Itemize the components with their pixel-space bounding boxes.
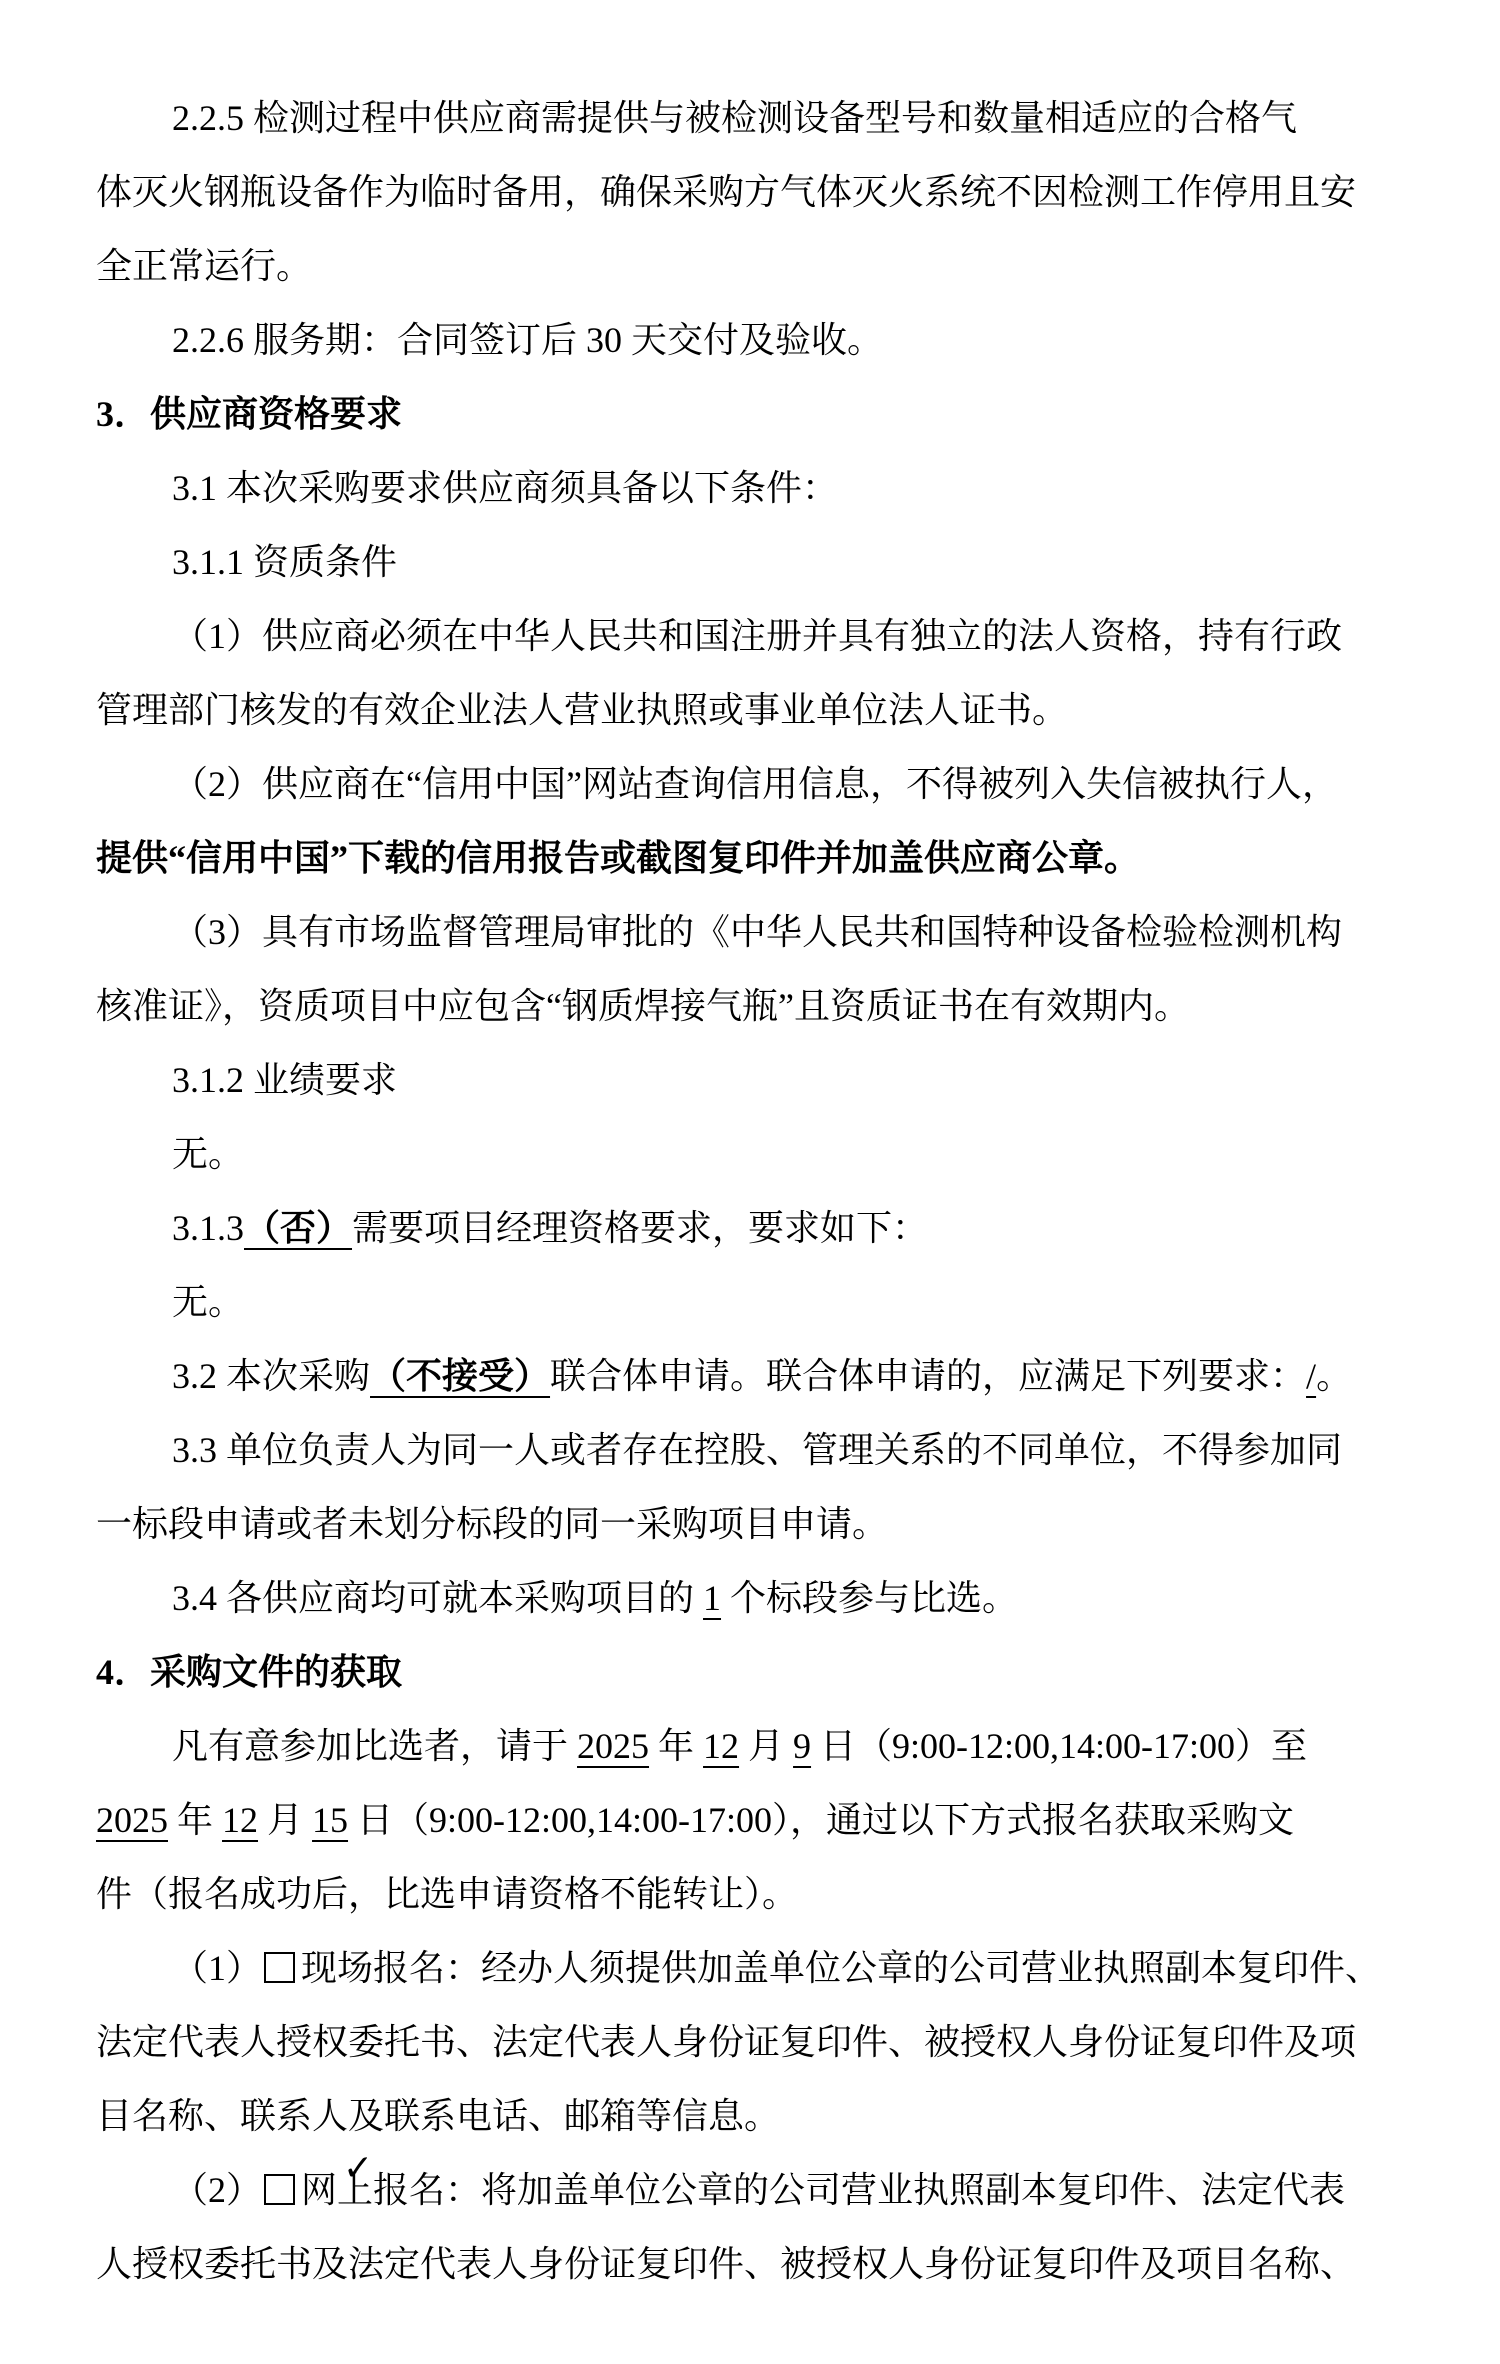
text-run: 管理部门核发的有效企业法人营业执照或事业单位法人证书。 [96,690,1068,730]
text-run: 核准证》，资质项目中应包含“钢质焊接气瓶”且资质证书在有效期内。 [96,986,1190,1026]
text-run: 无。 [172,1282,244,1322]
online-registration-checkbox [264,2174,295,2205]
text-run: 网上报名：将加盖单位公章的公司营业执照副本复印件、法定代表 [301,2170,1345,2210]
doc-line: 2025 年 12 月 15 日（9:00-12:00,14:00-17:00）… [96,1783,1420,1857]
doc-line: （2）网上报名：将加盖单位公章的公司营业执照副本复印件、法定代表 [96,2153,1420,2227]
text-run: 年 [168,1800,222,1840]
text-run: （1） [172,1948,262,1988]
doc-line: （1）供应商必须在中华人民共和国注册并具有独立的法人资格，持有行政 [96,599,1420,673]
doc-line: 3.3 单位负责人为同一人或者存在控股、管理关系的不同单位，不得参加同 [96,1413,1420,1487]
doc-line: 无。 [96,1117,1420,1191]
text-run: （不接受） [370,1356,550,1396]
doc-line: 核准证》，资质项目中应包含“钢质焊接气瓶”且资质证书在有效期内。 [96,969,1420,1043]
text-run: 日（9:00-12:00,14:00-17:00），通过以下方式报名获取采购文 [348,1800,1294,1840]
text-run: 12 [703,1726,739,1766]
doc-line: （3）具有市场监督管理局审批的《中华人民共和国特种设备检验检测机构 [96,895,1420,969]
text-run: 12 [222,1800,258,1840]
doc-line: 提供“信用中国”下载的信用报告或截图复印件并加盖供应商公章。 [96,821,1420,895]
doc-line: 3.1.2 业绩要求 [96,1043,1420,1117]
doc-line: 件（报名成功后，比选申请资格不能转让）。 [96,1857,1420,1931]
text-run: 全正常运行。 [96,246,312,286]
section-heading: 4．采购文件的获取 [96,1635,1420,1709]
doc-line: （1）现场报名：经办人须提供加盖单位公章的公司营业执照副本复印件、 [96,1931,1420,2005]
text-run: 3.2 本次采购 [172,1356,370,1396]
doc-line: 无。 [96,1265,1420,1339]
text-run: 个标段参与比选。 [721,1578,1018,1618]
text-run: 现场报名：经办人须提供加盖单位公章的公司营业执照副本复印件、 [301,1948,1381,1988]
text-run: 年 [649,1726,703,1766]
text-run: 需要项目经理资格要求，要求如下： [352,1208,928,1248]
doc-line: 3.1.3（否）需要项目经理资格要求，要求如下： [96,1191,1420,1265]
text-run: 件（报名成功后，比选申请资格不能转让）。 [96,1874,798,1914]
section-heading: 3．供应商资格要求 [96,377,1420,451]
doc-line: 3.2 本次采购（不接受）联合体申请。联合体申请的，应满足下列要求：/。 [96,1339,1420,1413]
text-run: 人授权委托书及法定代表人身份证复印件、被授权人身份证复印件及项目名称、 [96,2244,1356,2284]
doc-line: 3.1.1 资质条件 [96,525,1420,599]
onsite-registration-checkbox [264,1952,295,1983]
text-run: 3.1.3 [172,1208,244,1248]
text-run: 法定代表人授权委托书、法定代表人身份证复印件、被授权人身份证复印件及项 [96,2022,1356,2062]
text-run: 3.3 单位负责人为同一人或者存在控股、管理关系的不同单位，不得参加同 [172,1430,1342,1470]
text-run: 3.4 各供应商均可就本采购项目的 [172,1578,703,1618]
text-run: 目名称、联系人及联系电话、邮箱等信息。 [96,2096,780,2136]
text-run: （2）供应商在“信用中国”网站查询信用信息，不得被列入失信被执行人， [172,764,1338,804]
text-run: 2.2.6 服务期：合同签订后 30 天交付及验收。 [172,320,883,360]
text-run: 提供“信用中国”下载的信用报告或截图复印件并加盖供应商公章。 [96,838,1140,878]
text-run: 9 [793,1726,811,1766]
doc-line: 3.4 各供应商均可就本采购项目的 1 个标段参与比选。 [96,1561,1420,1635]
text-run: 15 [312,1800,348,1840]
text-run: 凡有意参加比选者，请于 [172,1726,577,1766]
text-run: 1 [703,1578,721,1618]
text-run: 体灭火钢瓶设备作为临时备用，确保采购方气体灭火系统不因检测工作停用且安 [96,172,1356,212]
text-run: 3．供应商资格要求 [96,394,402,434]
doc-line: 目名称、联系人及联系电话、邮箱等信息。 [96,2079,1420,2153]
text-run: （否） [244,1208,352,1248]
doc-line: 体灭火钢瓶设备作为临时备用，确保采购方气体灭火系统不因检测工作停用且安 [96,155,1420,229]
doc-line: 凡有意参加比选者，请于 2025 年 12 月 9 日（9:00-12:00,1… [96,1709,1420,1783]
document-page: 2.2.5 检测过程中供应商需提供与被检测设备型号和数量相适应的合格气体灭火钢瓶… [0,0,1500,2364]
doc-line: （2）供应商在“信用中国”网站查询信用信息，不得被列入失信被执行人， [96,747,1420,821]
doc-line: 一标段申请或者未划分标段的同一采购项目申请。 [96,1487,1420,1561]
doc-line: 3.1 本次采购要求供应商须具备以下条件： [96,451,1420,525]
doc-line: 2.2.6 服务期：合同签订后 30 天交付及验收。 [96,303,1420,377]
text-run: 。 [1316,1356,1352,1396]
text-run: 3.1.2 业绩要求 [172,1060,397,1100]
text-run: 3.1 本次采购要求供应商须具备以下条件： [172,468,838,508]
text-run: 3.1.1 资质条件 [172,542,397,582]
text-run: （3）具有市场监督管理局审批的《中华人民共和国特种设备检验检测机构 [172,912,1342,952]
text-run: 月 [739,1726,793,1766]
text-run: 无。 [172,1134,244,1174]
text-run: 一标段申请或者未划分标段的同一采购项目申请。 [96,1504,888,1544]
doc-line: 管理部门核发的有效企业法人营业执照或事业单位法人证书。 [96,673,1420,747]
text-run: 2.2.5 检测过程中供应商需提供与被检测设备型号和数量相适应的合格气 [172,98,1297,138]
text-run: （2） [172,2170,262,2210]
text-run: 联合体申请。联合体申请的，应满足下列要求： [550,1356,1306,1396]
doc-line: 法定代表人授权委托书、法定代表人身份证复印件、被授权人身份证复印件及项 [96,2005,1420,2079]
text-run: 2025 [96,1800,168,1840]
text-run: 月 [258,1800,312,1840]
text-run: 2025 [577,1726,649,1766]
text-run: 4．采购文件的获取 [96,1652,402,1692]
doc-line: 全正常运行。 [96,229,1420,303]
text-run: 日（9:00-12:00,14:00-17:00）至 [811,1726,1307,1766]
doc-line: 人授权委托书及法定代表人身份证复印件、被授权人身份证复印件及项目名称、 [96,2227,1420,2301]
text-run: / [1306,1356,1316,1396]
doc-line: 2.2.5 检测过程中供应商需提供与被检测设备型号和数量相适应的合格气 [96,81,1420,155]
text-run: （1）供应商必须在中华人民共和国注册并具有独立的法人资格，持有行政 [172,616,1342,656]
document-body: 2.2.5 检测过程中供应商需提供与被检测设备型号和数量相适应的合格气体灭火钢瓶… [96,81,1420,2301]
